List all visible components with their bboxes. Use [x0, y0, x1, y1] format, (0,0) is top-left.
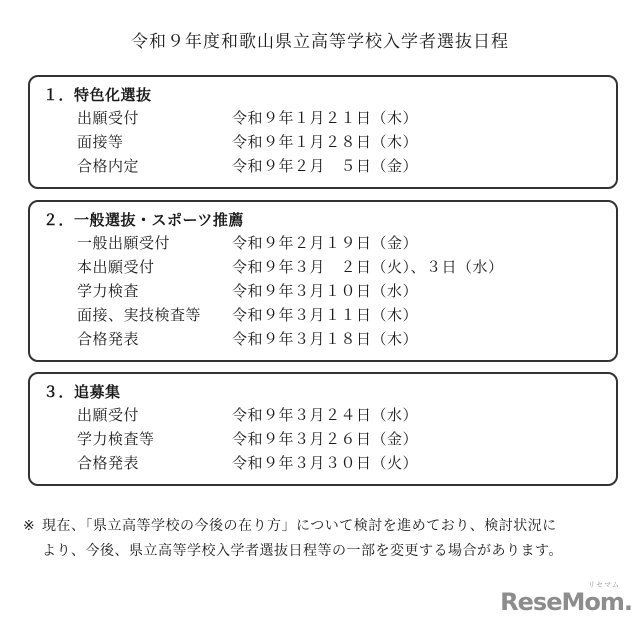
schedule-box-heading: ３．追募集 [30, 382, 606, 404]
schedule-row: 面接、実技検査等令和９年３月１１日（木） [77, 304, 606, 328]
schedule-row: 本出願受付令和９年３月 ２日（火）、３日（水） [77, 256, 606, 280]
event-date: 令和９年３月２４日（水） [232, 404, 606, 428]
event-date: 令和９年１月２１日（木） [232, 107, 606, 131]
event-label: 出願受付 [77, 404, 232, 428]
footnote: ※ 現在、「県立高等学校の今後の在り方」について検討を進めており、検討状況に よ… [23, 514, 623, 564]
event-label: 本出願受付 [77, 256, 232, 280]
footnote-line-2: より、今後、県立高等学校入学者選抜日程等の一部を変更する場合があります。 [42, 544, 563, 559]
schedule-box: ２．一般選抜・スポーツ推薦 一般出願受付令和９年２月１９日（金）本出願受付令和９… [28, 200, 618, 362]
event-date: 令和９年１月２８日（木） [232, 131, 606, 155]
schedule-row: 合格発表令和９年３月１８日（木） [77, 328, 606, 352]
event-label: 学力検査等 [77, 428, 232, 452]
footnote-marker: ※ [23, 514, 42, 564]
event-label: 面接等 [77, 131, 232, 155]
logo-wordmark: ReseMom. [500, 588, 632, 616]
schedule-rows: 出願受付令和９年３月２４日（水）学力検査等令和９年３月２６日（金）合格発表令和９… [77, 404, 606, 476]
event-date: 令和９年２月１９日（金） [232, 232, 606, 256]
schedule-row: 学力検査等令和９年３月２６日（金） [77, 428, 606, 452]
footnote-text: 現在、「県立高等学校の今後の在り方」について検討を進めており、検討状況に より、… [42, 514, 623, 564]
page-title: 令和９年度和歌山県立高等学校入学者選抜日程 [0, 27, 640, 52]
schedule-row: 一般出願受付令和９年２月１９日（金） [77, 232, 606, 256]
schedule-box-heading: １．特色化選抜 [30, 85, 606, 107]
schedule-row: 合格発表令和９年３月３０日（火） [77, 452, 606, 476]
schedule-row: 出願受付令和９年３月２４日（水） [77, 404, 606, 428]
event-date: 令和９年３月３０日（火） [232, 452, 606, 476]
schedule-rows: 出願受付令和９年１月２１日（木）面接等令和９年１月２８日（木）合格内定令和９年２… [77, 107, 606, 179]
event-date: 令和９年３月１０日（水） [232, 280, 606, 304]
resemom-logo: リセマム ReseMom. [500, 582, 632, 615]
document-page: 令和９年度和歌山県立高等学校入学者選抜日程 １．特色化選抜 出願受付令和９年１月… [0, 0, 640, 620]
event-label: 合格発表 [77, 452, 232, 476]
schedule-box: １．特色化選抜 出願受付令和９年１月２１日（木）面接等令和９年１月２８日（木）合… [28, 75, 618, 189]
schedule-row: 面接等令和９年１月２８日（木） [77, 131, 606, 155]
event-date: 令和９年３月１８日（木） [232, 328, 606, 352]
schedule-row: 学力検査令和９年３月１０日（水） [77, 280, 606, 304]
schedule-box-heading: ２．一般選抜・スポーツ推薦 [30, 210, 606, 232]
schedule-row: 出願受付令和９年１月２１日（木） [77, 107, 606, 131]
event-label: 出願受付 [77, 107, 232, 131]
event-date: 令和９年３月１１日（木） [232, 304, 606, 328]
event-label: 合格内定 [77, 155, 232, 179]
schedule-box: ３．追募集 出願受付令和９年３月２４日（水）学力検査等令和９年３月２６日（金）合… [28, 372, 618, 486]
event-date: 令和９年３月 ２日（火）、３日（水） [232, 256, 606, 280]
event-date: 令和９年３月２６日（金） [232, 428, 606, 452]
event-date: 令和９年２月 ５日（金） [232, 155, 606, 179]
event-label: 合格発表 [77, 328, 232, 352]
event-label: 一般出願受付 [77, 232, 232, 256]
event-label: 面接、実技検査等 [77, 304, 232, 328]
schedule-rows: 一般出願受付令和９年２月１９日（金）本出願受付令和９年３月 ２日（火）、３日（水… [77, 232, 606, 352]
event-label: 学力検査 [77, 280, 232, 304]
schedule-row: 合格内定令和９年２月 ５日（金） [77, 155, 606, 179]
footnote-line-1: 現在、「県立高等学校の今後の在り方」について検討を進めており、検討状況に [42, 519, 557, 534]
